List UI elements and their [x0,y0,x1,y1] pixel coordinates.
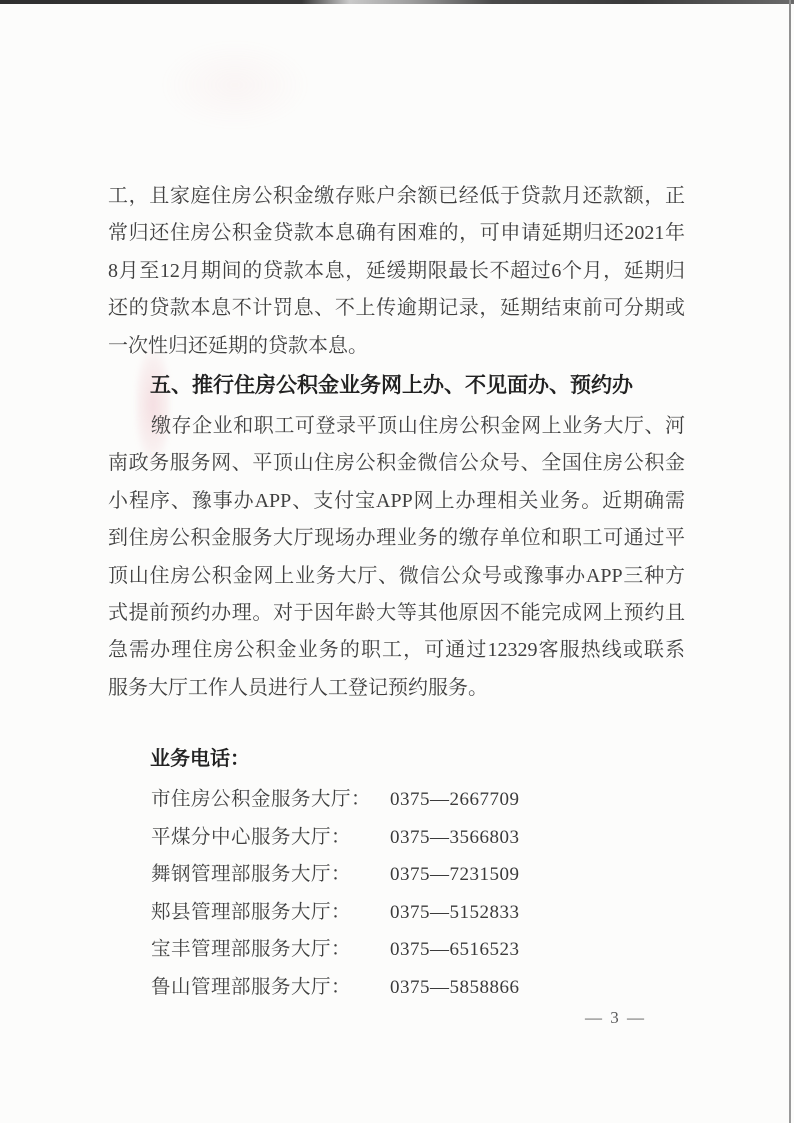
paragraph-line: 急需办理住房公积金业务的职工，可通过12329客服热线或联系 [108,632,685,669]
paragraph-line: 小程序、豫事办APP、支付宝APP网上办理相关业务。近期确需 [108,483,685,520]
phone-number: 0375—7231509 [390,856,520,894]
phone-number: 0375—5858866 [390,969,520,1007]
paragraph-line: 一次性归还延期的贷款本息。 [108,328,685,365]
phone-row: 平煤分中心服务大厅：0375—3566803 [151,819,571,857]
paragraph-line: 常归还住房公积金贷款本息确有困难的，可申请延期归还2021年 [108,215,685,252]
scan-edge-right-line [789,0,791,1123]
paragraph-2: 缴存企业和职工可登录平顶山住房公积金网上业务大厅、河 南政务服务网、平顶山住房公… [108,408,685,707]
paragraph-line: 缴存企业和职工可登录平顶山住房公积金网上业务大厅、河 [108,408,685,445]
paragraph-line: 南政务服务网、平顶山住房公积金微信公众号、全国住房公积金 [108,445,685,482]
page-number: — 3 — [585,1008,646,1028]
paragraph-line: 式提前预约办理。对于因年龄大等其他原因不能完成网上预约且 [108,595,685,632]
phone-label: 鲁山管理部服务大厅： [151,969,390,1007]
phone-number: 0375—6516523 [390,931,520,969]
phone-number: 0375—5152833 [390,894,520,932]
phone-section-title: 业务电话： [150,744,250,774]
phone-label: 平煤分中心服务大厅： [151,819,390,857]
stamp-bleed-mark-faint [160,40,310,130]
paragraph-line: 到住房公积金服务大厅现场办理业务的缴存单位和职工可通过平 [108,520,685,557]
phone-label: 郏县管理部服务大厅： [151,894,390,932]
paragraph-line: 8月至12月期间的贷款本息，延缓期限最长不超过6个月，延期归 [108,253,685,290]
section-heading: 五、推行住房公积金业务网上办、不见面办、预约办 [108,367,728,404]
phone-label: 市住房公积金服务大厅： [151,781,390,819]
phone-row: 市住房公积金服务大厅：0375—2667709 [151,781,571,819]
paragraph-line: 服务大厅工作人员进行人工登记预约服务。 [108,670,685,707]
paragraph-1: 工，且家庭住房公积金缴存账户余额已经低于贷款月还款额，正 常归还住房公积金贷款本… [108,178,685,365]
phone-row: 舞钢管理部服务大厅：0375—7231509 [151,856,571,894]
phone-label: 舞钢管理部服务大厅： [151,856,390,894]
phone-label: 宝丰管理部服务大厅： [151,931,390,969]
phone-row: 鲁山管理部服务大厅：0375—5858866 [151,969,571,1007]
scan-edge-top [0,0,794,4]
phone-row: 宝丰管理部服务大厅：0375—6516523 [151,931,571,969]
phone-list: 市住房公积金服务大厅：0375—2667709 平煤分中心服务大厅：0375—3… [151,781,571,1006]
paragraph-line: 顶山住房公积金网上业务大厅、微信公众号或豫事办APP三种方 [108,558,685,595]
paragraph-line: 工，且家庭住房公积金缴存账户余额已经低于贷款月还款额，正 [108,178,685,215]
phone-number: 0375—3566803 [390,819,520,857]
phone-number: 0375—2667709 [390,781,520,819]
paragraph-line: 还的贷款本息不计罚息、不上传逾期记录，延期结束前可分期或 [108,290,685,327]
phone-row: 郏县管理部服务大厅：0375—5152833 [151,894,571,932]
scanned-document-page: 工，且家庭住房公积金缴存账户余额已经低于贷款月还款额，正 常归还住房公积金贷款本… [0,0,794,1123]
